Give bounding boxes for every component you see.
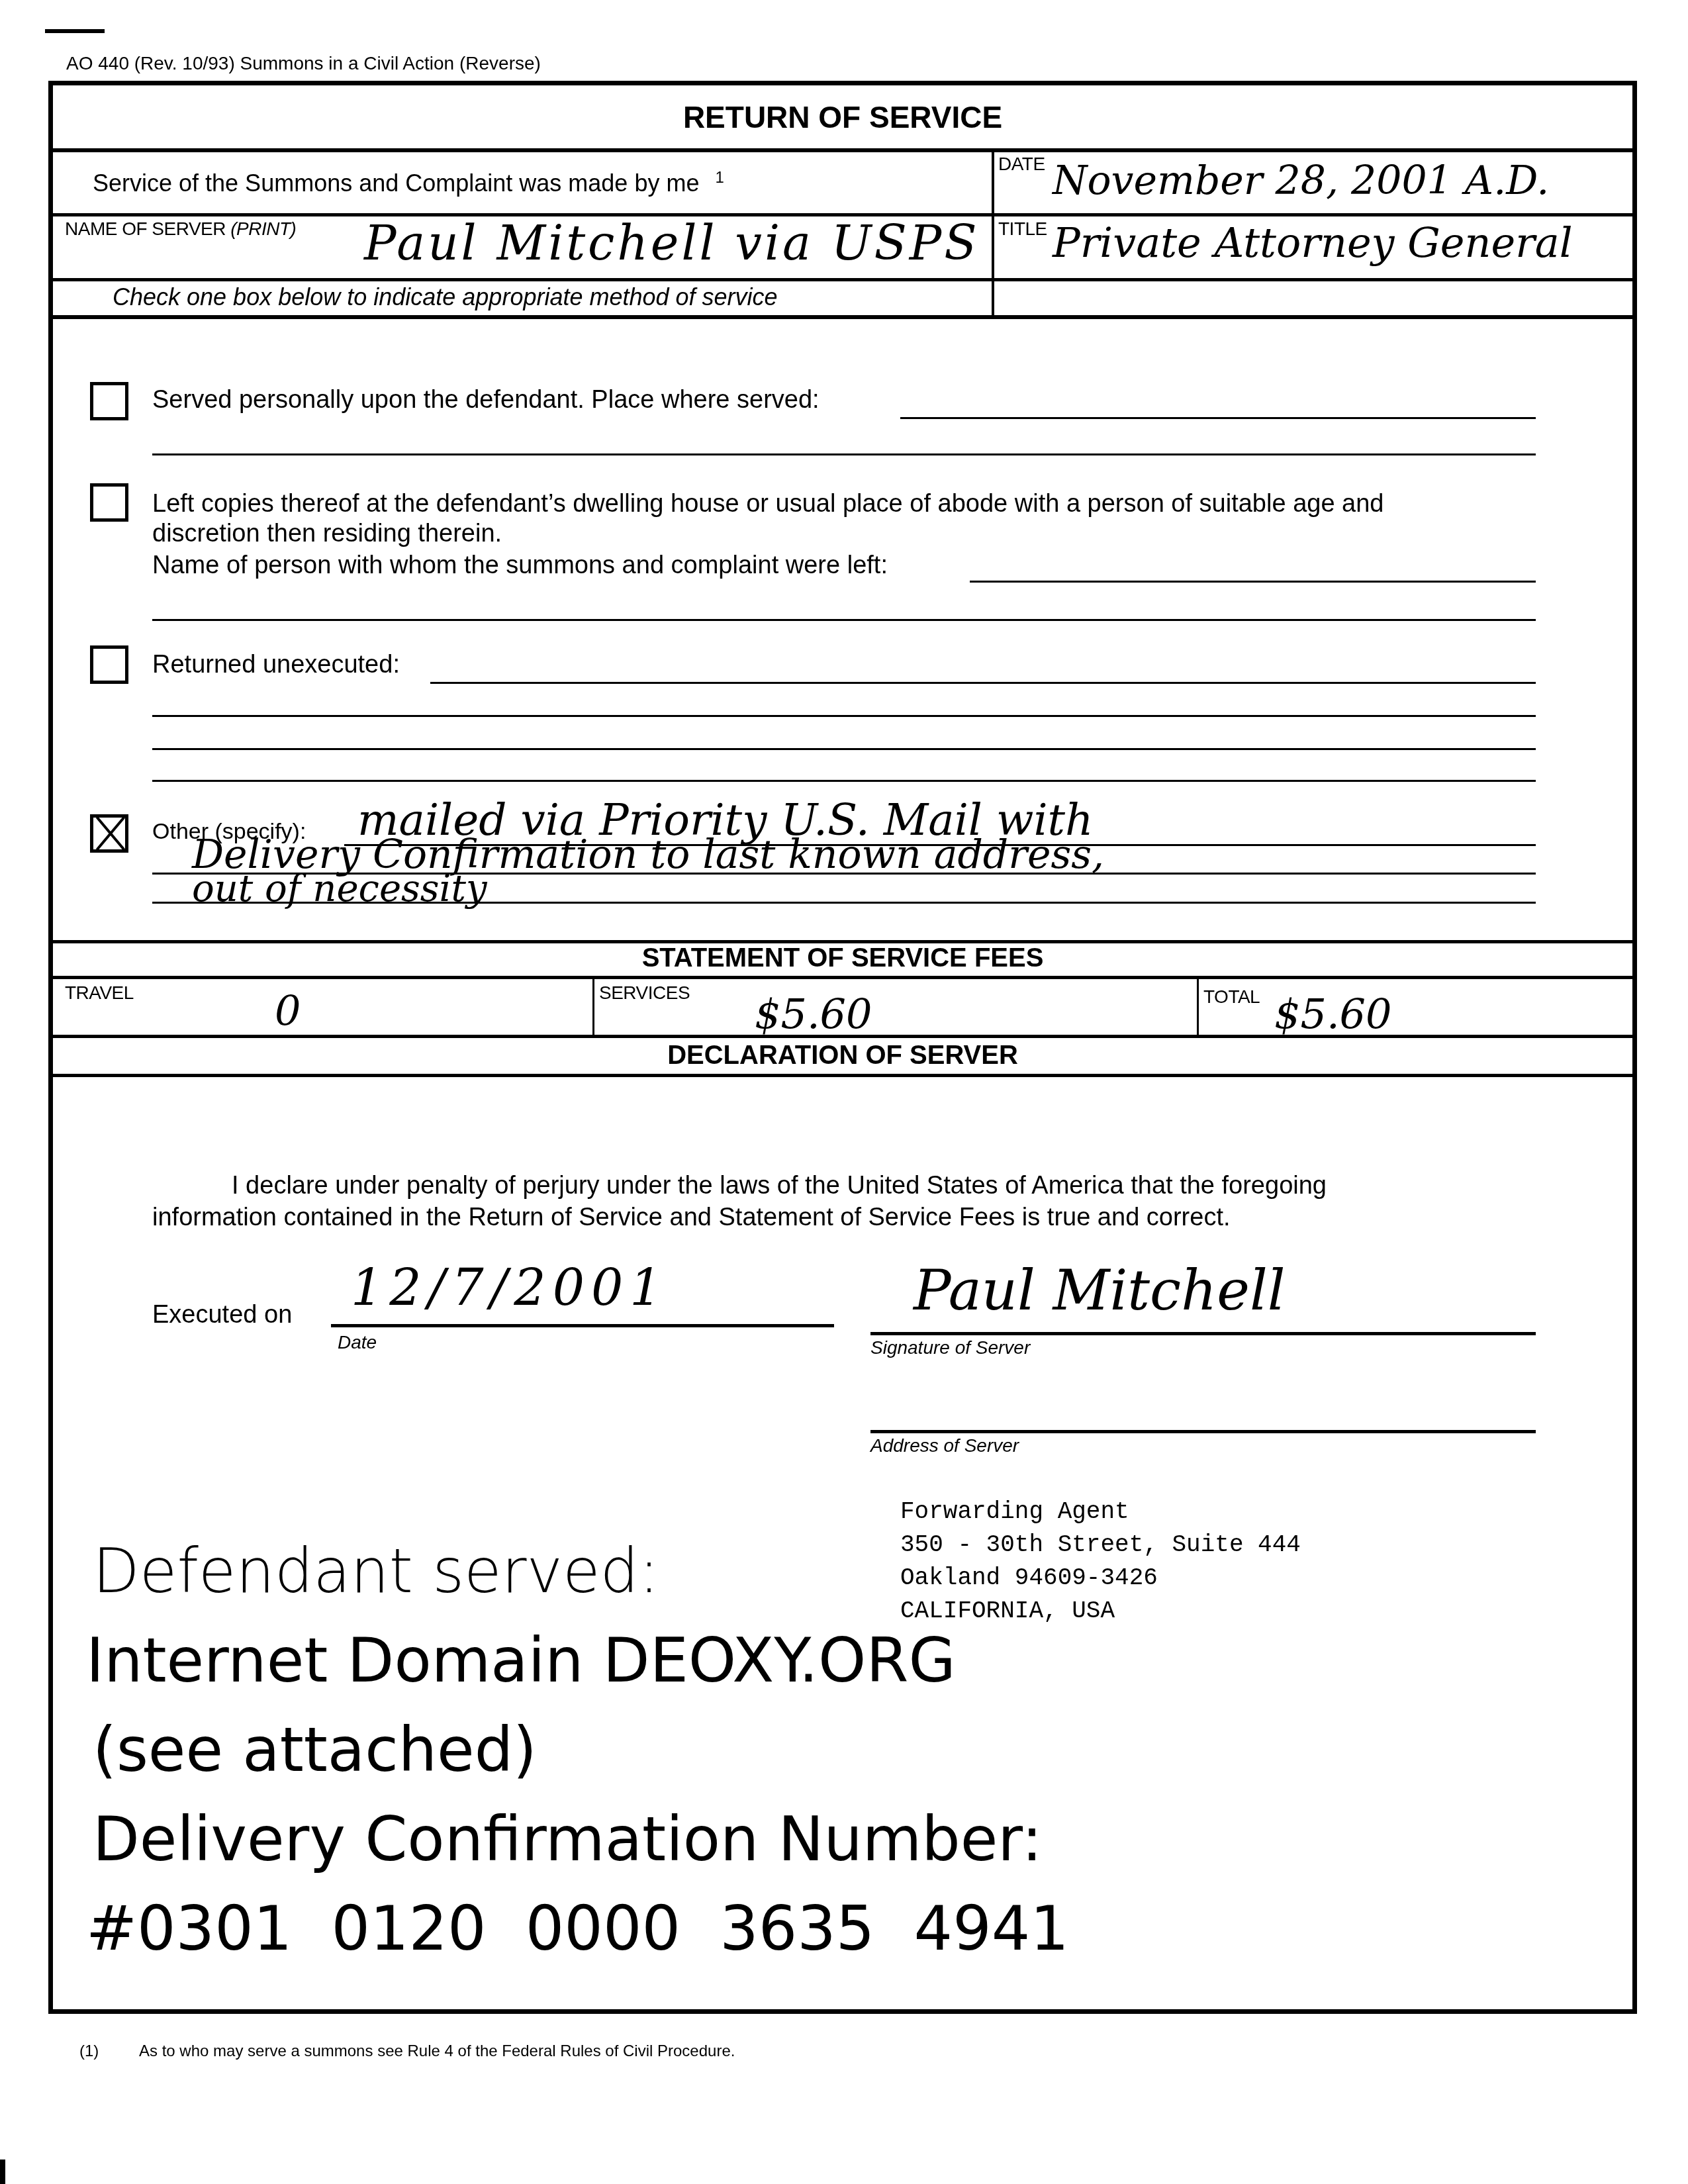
returned-unexecuted-field-line2[interactable] (152, 715, 1536, 717)
return-of-service-title: RETURN OF SERVICE (48, 99, 1637, 135)
footnote-ref: 1 (715, 169, 724, 187)
served-personally-checkbox[interactable] (90, 382, 128, 420)
total-fee-field[interactable]: $5.60 (1274, 990, 1392, 1038)
footnote-text: As to who may serve a summons see Rule 4… (139, 2042, 735, 2061)
person-left-with-field-line2[interactable] (152, 619, 1536, 621)
divider (48, 1035, 1637, 1038)
other-value-line3: out of necessity (192, 867, 487, 910)
service-date-field[interactable]: November 28, 2001 A.D. (1053, 158, 1549, 204)
other-checkbox[interactable] (90, 814, 128, 853)
declaration-text-line2: information contained in the Return of S… (152, 1204, 1231, 1232)
fee-cell-divider (1197, 977, 1199, 1037)
signature-field[interactable] (870, 1332, 1536, 1335)
returned-unexecuted-field-line4[interactable] (152, 780, 1536, 782)
server-title-field[interactable]: Private Attorney General (1053, 218, 1573, 267)
footnote-marker: (1) (79, 2042, 99, 2061)
executed-date-value: 12/7/2001 (351, 1258, 669, 1317)
returned-unexecuted-field-line3[interactable] (152, 748, 1536, 750)
place-served-field[interactable] (900, 417, 1536, 419)
server-name-label-suffix: (PRINT) (230, 218, 296, 239)
divider (48, 976, 1637, 979)
scan-mark (0, 2160, 5, 2184)
server-address-line2: 350 - 30th Street, Suite 444 (900, 1531, 1301, 1558)
executed-date-caption: Date (338, 1332, 377, 1353)
place-served-field-line2[interactable] (152, 453, 1536, 455)
server-address-line3: Oakland 94609-3426 (900, 1564, 1158, 1591)
server-name-label-text: NAME OF SERVER (65, 218, 226, 239)
person-left-with-field[interactable] (970, 581, 1536, 583)
cell-divider (992, 150, 994, 318)
service-made-by-text: Service of the Summons and Complaint was… (93, 169, 699, 197)
returned-unexecuted-checkbox[interactable] (90, 645, 128, 684)
signature-value: Paul Mitchell (914, 1258, 1286, 1323)
travel-fee-field[interactable]: 0 (275, 986, 301, 1035)
services-fee-field[interactable]: $5.60 (755, 990, 872, 1038)
form-id: AO 440 (Rev. 10/93) Summons in a Civil A… (66, 53, 541, 74)
divider (48, 315, 1637, 319)
services-label: SERVICES (599, 982, 690, 1004)
declaration-title: DECLARATION OF SERVER (48, 1041, 1637, 1070)
fee-cell-divider (592, 977, 594, 1037)
defendant-served-note: Defendant served: (93, 1536, 659, 1607)
returned-unexecuted-label: Returned unexecuted: (152, 651, 400, 679)
left-copies-label-line2: discretion then residing therein. (152, 520, 502, 548)
divider (48, 1074, 1637, 1077)
returned-unexecuted-field[interactable] (430, 682, 1536, 684)
server-address-field[interactable] (870, 1430, 1536, 1433)
date-label: DATE (998, 154, 1045, 175)
method-instruction: Check one box below to indicate appropri… (113, 283, 778, 311)
server-address-caption: Address of Server (870, 1435, 1019, 1456)
declaration-text-line1: I declare under penalty of perjury under… (232, 1172, 1327, 1200)
executed-date-field[interactable] (331, 1324, 834, 1327)
left-copies-label: Left copies thereof at the defendant’s d… (152, 490, 1384, 518)
left-copies-checkbox[interactable] (90, 483, 128, 522)
signature-caption: Signature of Server (870, 1337, 1030, 1358)
server-name-label: NAME OF SERVER (PRINT) (65, 218, 296, 240)
service-made-by-label: Service of the Summons and Complaint was… (93, 169, 724, 197)
server-name-field[interactable]: Paul Mitchell via USPS (364, 215, 980, 271)
internet-domain-note: Internet Domain DEOXY.ORG (86, 1625, 956, 1696)
travel-label: TRAVEL (65, 982, 134, 1004)
person-left-with-label: Name of person with whom the summons and… (152, 551, 888, 580)
service-fees-title: STATEMENT OF SERVICE FEES (48, 943, 1637, 973)
see-attached-note: (see attached) (93, 1715, 537, 1785)
header-mark (45, 29, 105, 33)
server-address-line4: CALIFORNIA, USA (900, 1597, 1115, 1625)
delivery-confirmation-number-note: #0301 0120 0000 3635 4941 (86, 1893, 1069, 1964)
divider (48, 148, 1637, 152)
served-personally-label: Served personally upon the defendant. Pl… (152, 386, 820, 414)
title-label: TITLE (998, 218, 1047, 240)
executed-on-label: Executed on (152, 1301, 292, 1329)
total-label: TOTAL (1203, 986, 1260, 1008)
server-address-line1: Forwarding Agent (900, 1498, 1129, 1525)
divider (48, 278, 1637, 281)
delivery-confirmation-label-note: Delivery Confirmation Number: (93, 1804, 1043, 1875)
